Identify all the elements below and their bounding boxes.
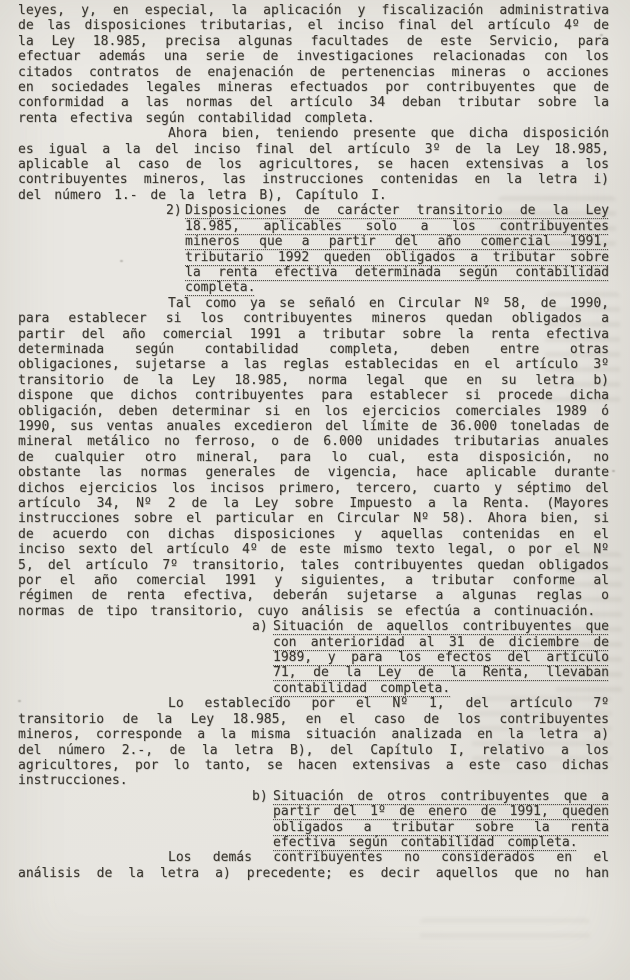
document-page: leyes, y, en especial, la aplicación y f… [0,0,630,980]
item-a-heading: a) Situación de aquellos contribuyentes … [252,619,609,696]
item-a-title: Situación de aquellos contribuyentes que… [273,619,609,696]
section-2-label: 2) [166,203,185,295]
paragraph-leyes-aplicacion: leyes, y, en especial, la aplicación y f… [18,3,609,126]
scan-artifact [420,918,590,948]
item-b-title: Situación de otros contribuyentes que a … [273,789,609,851]
text-column: leyes, y, en especial, la aplicación y f… [18,3,609,881]
section-2-heading: 2) Disposiciones de carácter transitorio… [166,203,609,295]
section-2-title: Disposiciones de carácter transitorio de… [185,203,609,295]
item-a-label: a) [252,619,273,696]
item-b-label: b) [252,789,273,851]
paragraph-lo-establecido: Lo establecido por el Nº 1, del artículo… [18,696,609,788]
item-b-heading: b) Situación de otros contribuyentes que… [252,789,609,851]
paragraph-tal-como: Tal como ya se señaló en Circular Nº 58,… [18,296,609,620]
scan-artifact [612,470,615,472]
paragraph-los-demas: Los demás contribuyentes no considerados… [18,850,609,881]
paragraph-ahora-bien: Ahora bien, teniendo presente que dicha … [18,126,609,203]
